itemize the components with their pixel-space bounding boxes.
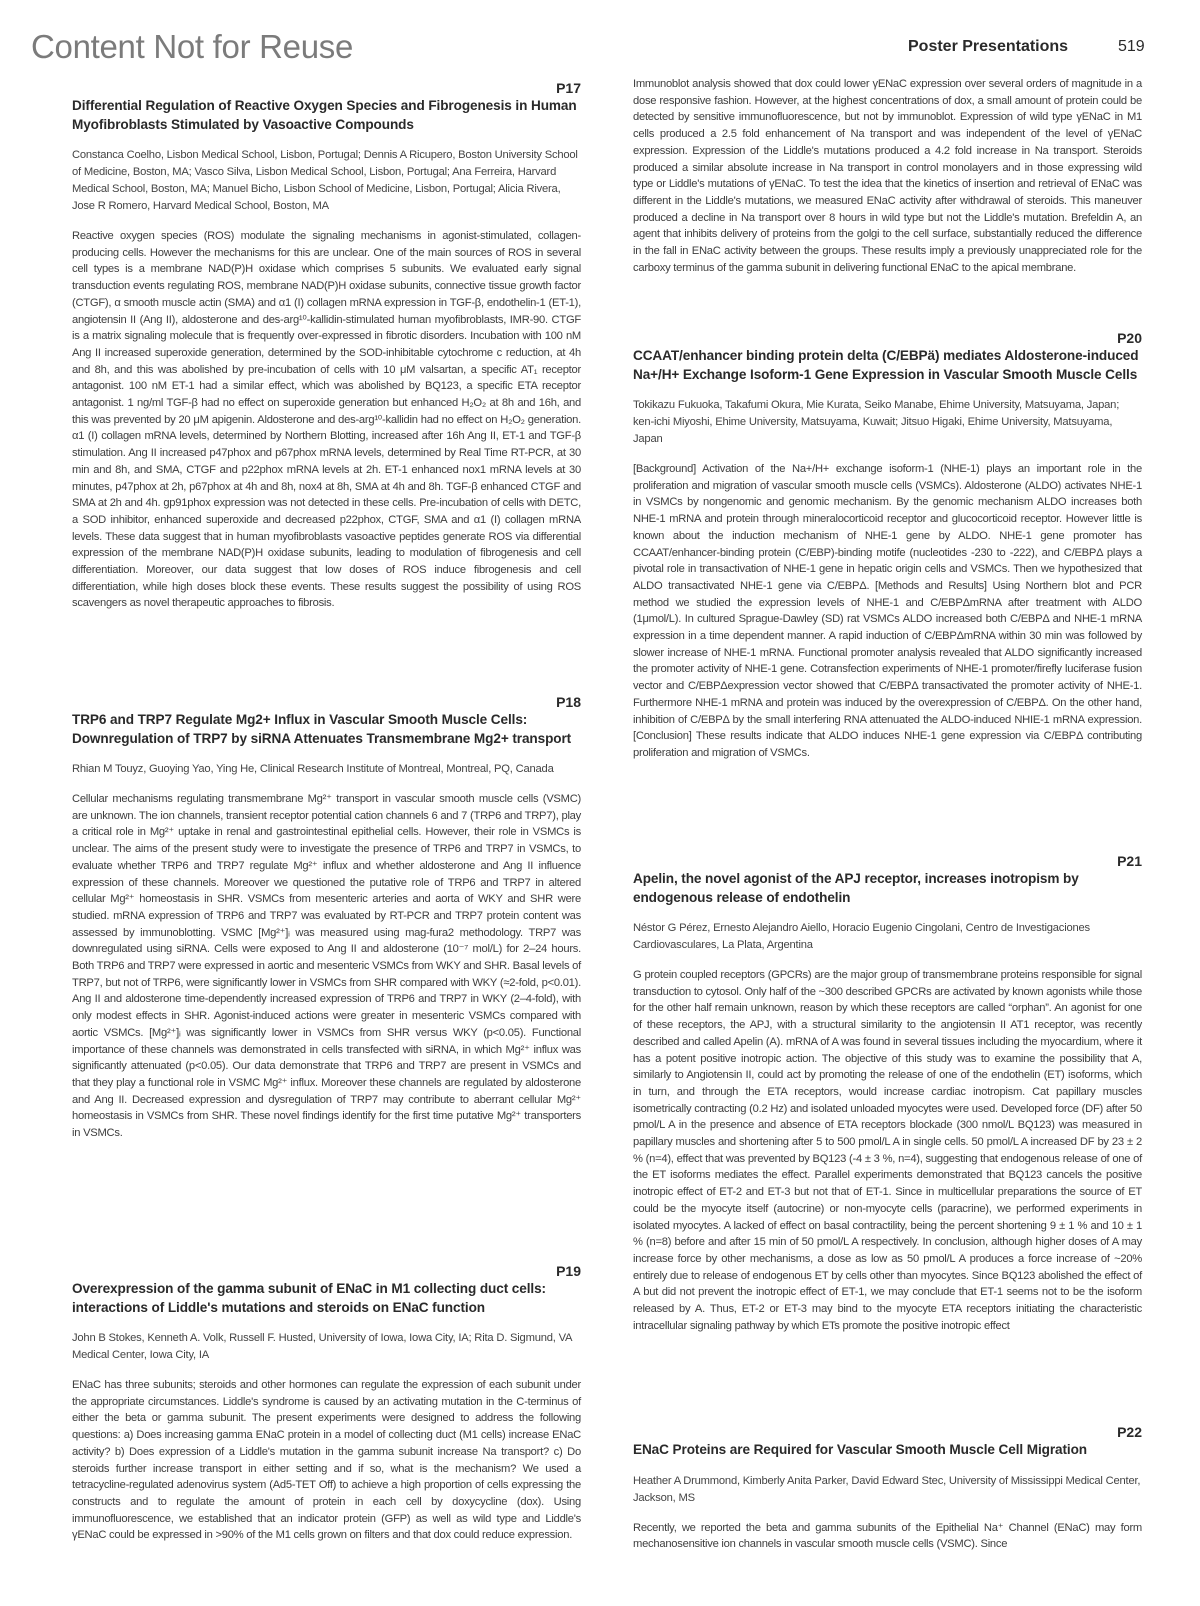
abstract-title: ENaC Proteins are Required for Vascular …: [633, 1441, 1142, 1460]
abstract-title: Overexpression of the gamma subunit of E…: [72, 1280, 581, 1317]
running-head: Poster Presentations: [908, 38, 1068, 56]
abstract-p18: P18 TRP6 and TRP7 Regulate Mg2+ Influx i…: [72, 694, 581, 1142]
abstract-authors: Heather A Drummond, Kimberly Anita Parke…: [633, 1473, 1142, 1507]
abstract-id: P20: [633, 330, 1142, 347]
abstract-body: Cellular mechanisms regulating transmemb…: [72, 791, 581, 1142]
abstract-authors: Constanca Coelho, Lisbon Medical School,…: [72, 147, 581, 215]
abstract-body: Recently, we reported the beta and gamma…: [633, 1520, 1142, 1553]
abstract-p17: P17 Differential Regulation of Reactive …: [72, 80, 581, 612]
abstract-id: P21: [633, 853, 1142, 870]
watermark: Content Not for Reuse: [31, 28, 353, 66]
abstract-body: ENaC has three subunits; steroids and ot…: [72, 1377, 581, 1544]
abstract-p20: P20 CCAAT/enhancer binding protein delta…: [633, 330, 1142, 762]
abstract-authors: Rhian M Touyz, Guoying Yao, Ying He, Cli…: [72, 761, 581, 778]
abstract-title: Differential Regulation of Reactive Oxyg…: [72, 97, 581, 134]
abstract-body-continued: Immunoblot analysis showed that dox coul…: [633, 76, 1142, 276]
abstract-body: Reactive oxygen species (ROS) modulate t…: [72, 228, 581, 612]
abstract-id: P18: [72, 694, 581, 711]
abstract-title: Apelin, the novel agonist of the APJ rec…: [633, 870, 1142, 907]
abstract-body: G protein coupled receptors (GPCRs) are …: [633, 967, 1142, 1334]
abstract-authors: Tokikazu Fukuoka, Takafumi Okura, Mie Ku…: [633, 397, 1142, 448]
abstract-authors: Néstor G Pérez, Ernesto Alejandro Aiello…: [633, 920, 1142, 954]
page-number: 519: [1118, 38, 1145, 56]
abstract-p21: P21 Apelin, the novel agonist of the APJ…: [633, 853, 1142, 1334]
abstract-id: P17: [72, 80, 581, 97]
abstract-title: TRP6 and TRP7 Regulate Mg2+ Influx in Va…: [72, 711, 581, 748]
abstract-p19-continued: Immunoblot analysis showed that dox coul…: [633, 76, 1142, 276]
abstract-id: P19: [72, 1263, 581, 1280]
abstract-p19: P19 Overexpression of the gamma subunit …: [72, 1263, 581, 1544]
abstract-body: [Background] Activation of the Na+/H+ ex…: [633, 461, 1142, 762]
abstract-title: CCAAT/enhancer binding protein delta (C/…: [633, 347, 1142, 384]
abstract-p22: P22 ENaC Proteins are Required for Vascu…: [633, 1424, 1142, 1553]
abstract-authors: John B Stokes, Kenneth A. Volk, Russell …: [72, 1330, 581, 1364]
abstract-id: P22: [633, 1424, 1142, 1441]
